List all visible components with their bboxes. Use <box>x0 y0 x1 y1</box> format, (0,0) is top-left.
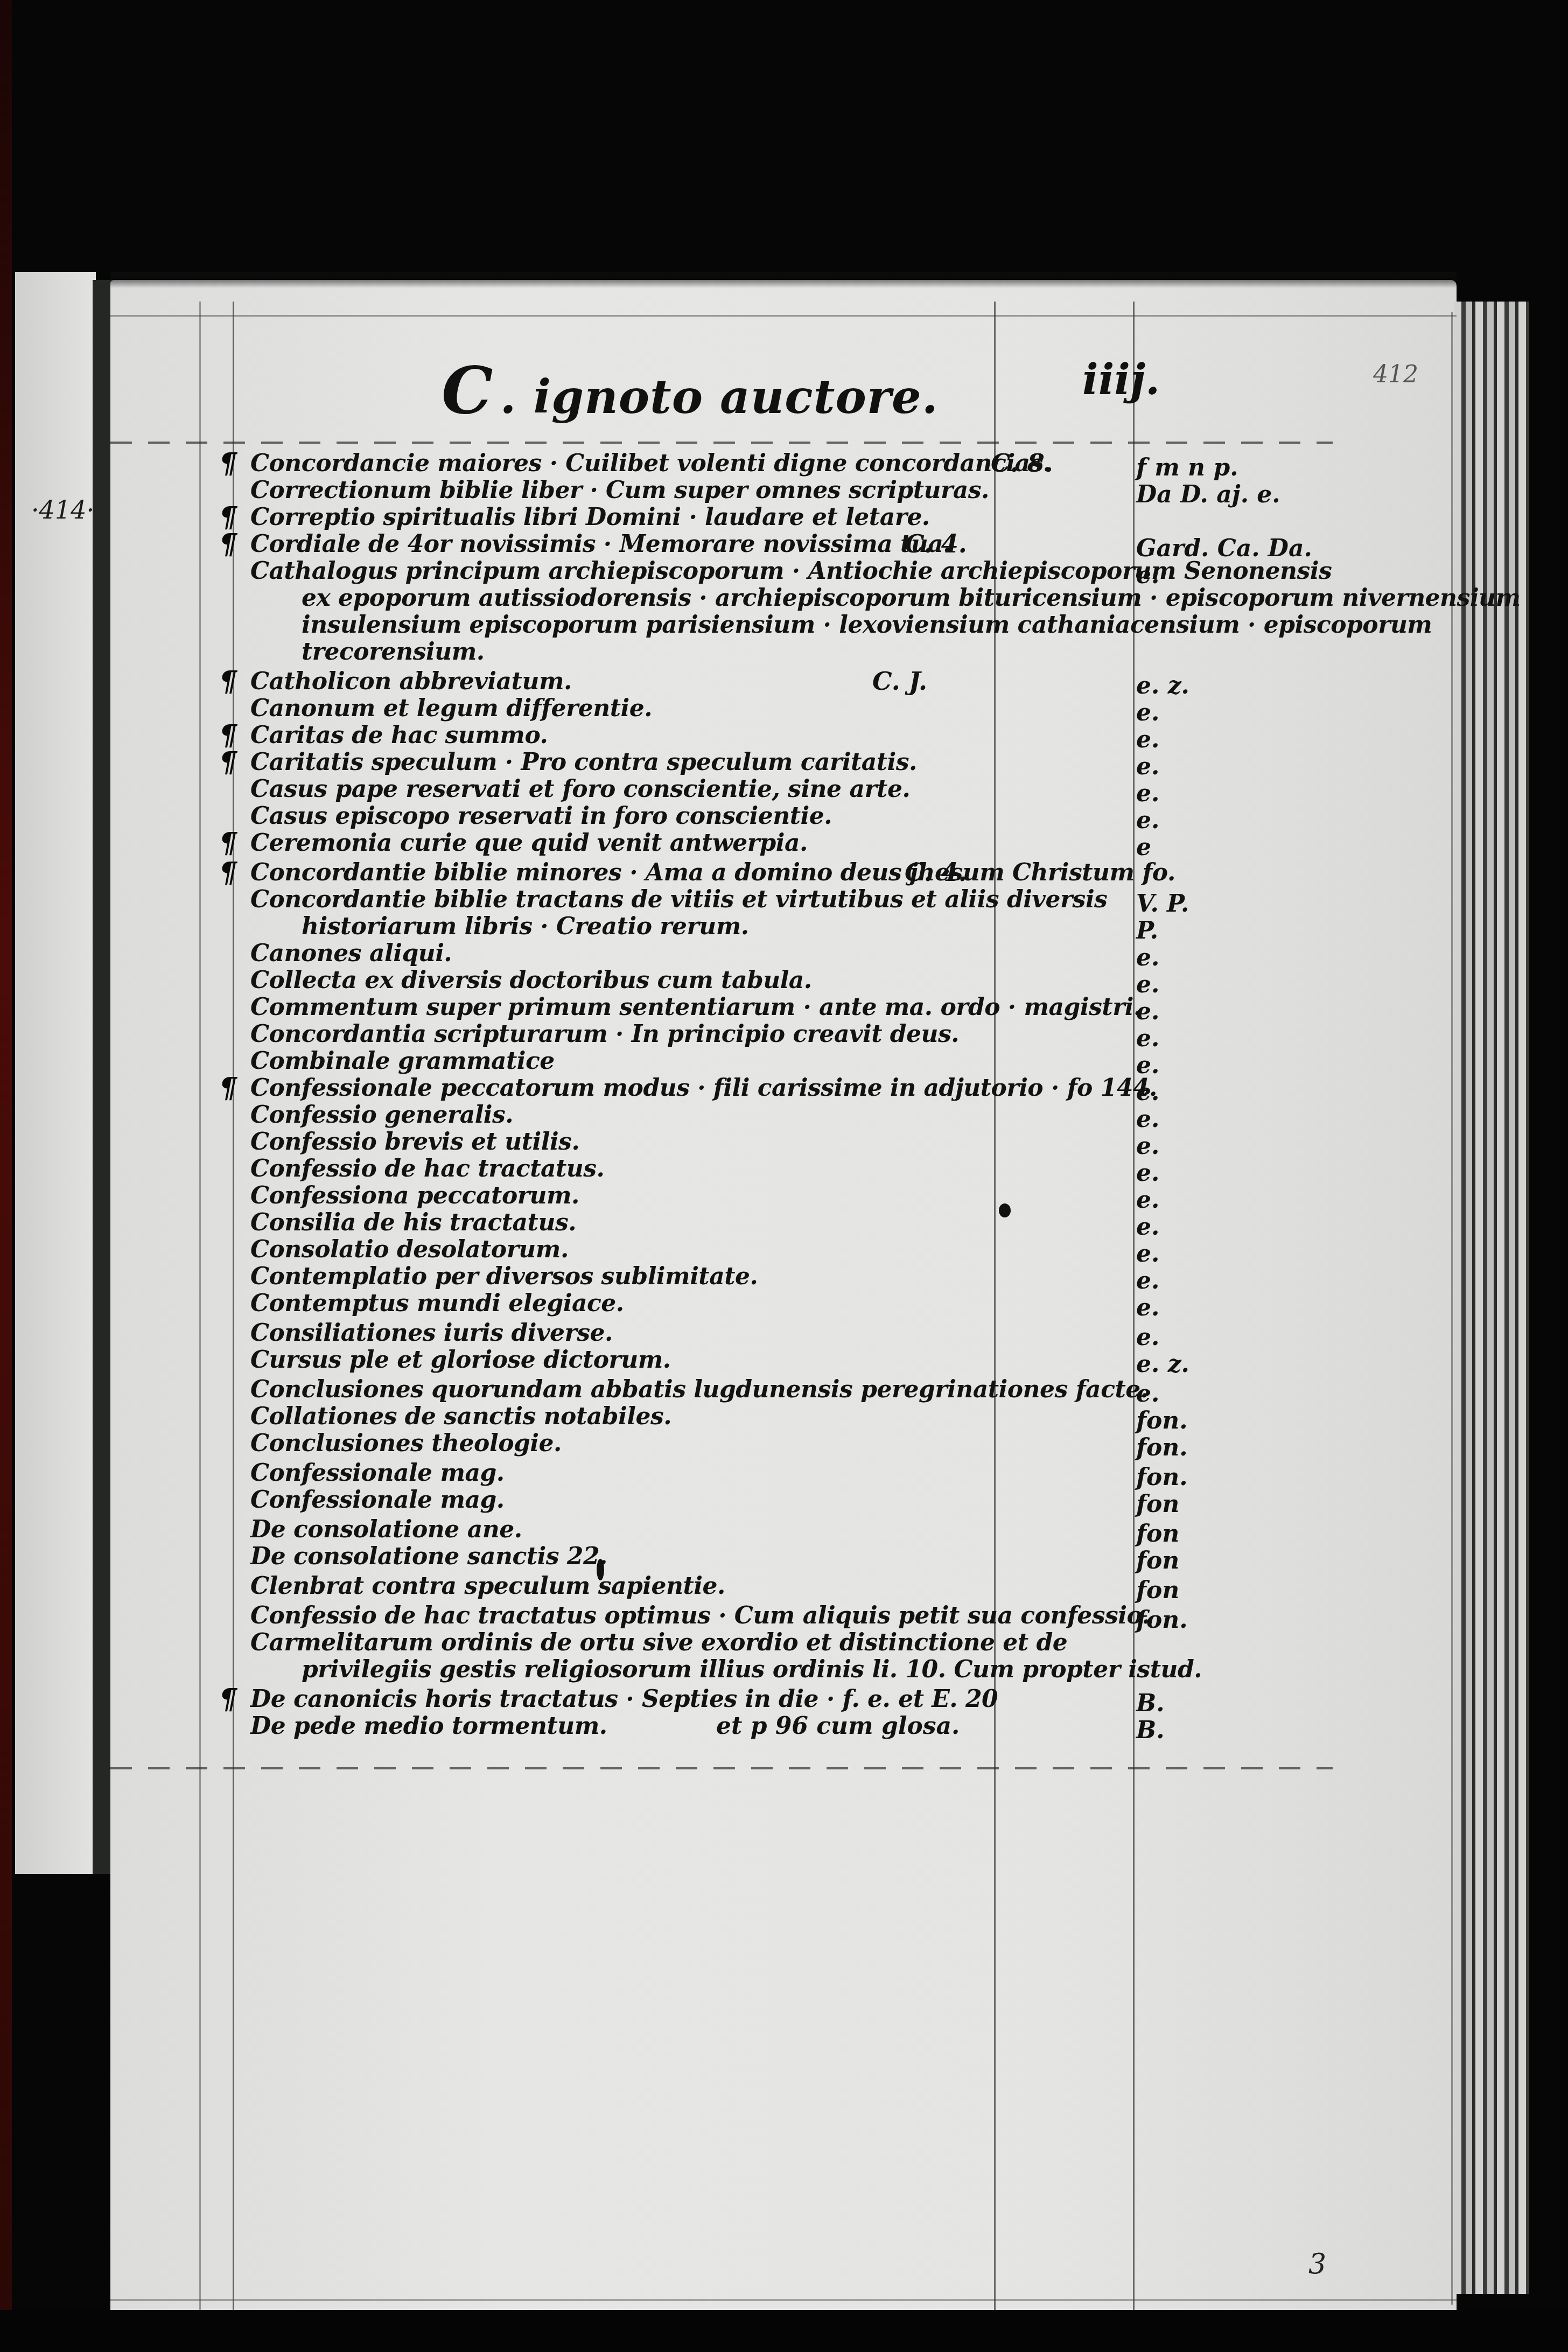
left-page-edge: ·414· <box>15 272 96 1874</box>
entry-title: Correctionum biblie liber · Cum super om… <box>250 477 989 504</box>
entry-title: trecorensium. <box>302 638 485 666</box>
column-heading: iiij. <box>1082 355 1160 404</box>
paragraph-mark-icon: ¶ <box>219 1685 237 1713</box>
catalogue-entry: historiarum libris · Creatio rerum. <box>302 913 749 941</box>
catalogue-entry: Concordantie biblie tractans de vitiis e… <box>250 886 1107 914</box>
heading-text: . ignoto auctore. <box>500 370 939 424</box>
entry-title: De consolatione sanctis 22. <box>250 1543 607 1570</box>
catalogue-entry: Confessionale mag. <box>250 1459 505 1487</box>
entry-reference: C. 4. <box>905 858 967 887</box>
catalogue-entry: ¶Ceremonia curie que quid venit antwerpi… <box>250 829 808 857</box>
ink-mark <box>999 1203 1011 1217</box>
book-gutter <box>93 280 112 1874</box>
entry-title: Caritatis speculum · Pro contra speculum… <box>250 748 917 776</box>
shelfmark: V. P. <box>1136 890 1189 918</box>
entry-title: Consolatio desolatorum. <box>250 1236 569 1263</box>
paragraph-mark-icon: ¶ <box>219 1074 237 1102</box>
paragraph-mark-icon: ¶ <box>219 450 237 478</box>
entry-title: Concordantia scripturarum · In principio… <box>250 1020 959 1048</box>
heading-initial: C <box>442 353 494 429</box>
entry-title: Clenbrat contra speculum sapientie. <box>250 1572 725 1600</box>
entry-title: Collationes de sanctis notabiles. <box>250 1403 671 1430</box>
entry-title: Cathalogus principum archiepiscoporum · … <box>250 557 1332 585</box>
entry-title: privilegiis gestis religiosorum illius o… <box>302 1656 1202 1683</box>
ink-blot <box>597 1559 604 1580</box>
shelfmark: e. <box>1136 1186 1159 1214</box>
entry-title: Confessio brevis et utilis. <box>250 1128 579 1156</box>
shelfmark: e. z. <box>1136 672 1189 699</box>
paragraph-mark-icon: ¶ <box>219 748 237 776</box>
entry-title: Concordancie maiores · Cuilibet volenti … <box>250 450 1051 477</box>
shelfmark: e <box>1136 834 1151 861</box>
shelfmark: e. <box>1136 944 1159 971</box>
entry-title: Confessionale mag. <box>250 1486 505 1514</box>
shelfmark: e. <box>1136 1213 1159 1241</box>
shelfmark: e. <box>1136 780 1159 807</box>
ruling-top <box>110 315 1457 317</box>
catalogue-entry: ¶Catholicon abbreviatum. <box>250 668 572 696</box>
catalogue-entry: Casus episcopo reservati in foro conscie… <box>250 802 832 830</box>
entry-title: Concordantie biblie tractans de vitiis e… <box>250 886 1107 913</box>
shelfmark: fon <box>1136 1547 1179 1574</box>
shelfmark: fon <box>1136 1577 1179 1604</box>
bottom-background <box>0 2310 1568 2352</box>
entry-annotation: et p 96 cum glosa. <box>716 1712 960 1740</box>
entry-title: Contemptus mundi elegiace. <box>250 1290 624 1317</box>
catalogue-entry: Confessio brevis et utilis. <box>250 1128 579 1156</box>
catalogue-entry: Consilia de his tractatus. <box>250 1209 576 1237</box>
shelfmark: Da D. aj. e. <box>1136 481 1280 508</box>
entry-title: ex epoporum autissiodorensis · archiepis… <box>302 584 1521 612</box>
entry-title: Correptio spiritualis libri Domini · lau… <box>250 503 930 531</box>
catalogue-entry: Correctionum biblie liber · Cum super om… <box>250 477 989 505</box>
catalogue-entry: Contemplatio per diversos sublimitate. <box>250 1263 758 1291</box>
entry-title: Concordantie biblie minores · Ama a domi… <box>250 859 1175 886</box>
shelfmark: fon. <box>1136 1407 1188 1434</box>
catalogue-entry: Commentum super primum sententiarum · an… <box>250 993 1142 1021</box>
page-footer-mark: 3 <box>1308 2248 1326 2280</box>
entry-title: Consiliationes iuris diverse. <box>250 1319 613 1347</box>
entry-title: historiarum libris · Creatio rerum. <box>302 913 749 940</box>
shelfmark: e. <box>1136 1267 1159 1294</box>
entry-title: Cursus ple et gloriose dictorum. <box>250 1346 671 1374</box>
folio-number: 412 <box>1373 361 1418 388</box>
shelfmark: e. <box>1136 1159 1159 1187</box>
shelfmark: e. <box>1136 1294 1159 1321</box>
catalogue-entry: ¶De canonicis horis tractatus · Septies … <box>250 1685 998 1713</box>
entry-title: De pede medio tormentum. <box>250 1712 607 1740</box>
entry-title: Collecta ex diversis doctoribus cum tabu… <box>250 967 812 994</box>
left-margin-note: ·414· <box>31 495 94 524</box>
film-edge <box>0 0 12 2352</box>
shelfmark: e. <box>1136 753 1159 780</box>
entry-title: Conclusiones theologie. <box>250 1430 562 1457</box>
catalogue-entry: trecorensium. <box>302 638 485 666</box>
shelfmark: B. <box>1136 1717 1165 1744</box>
ruling-left-margin-outer <box>199 302 201 2310</box>
shelfmark: e. <box>1136 1025 1159 1052</box>
catalogue-entry: Combinale grammatice <box>250 1047 555 1075</box>
ruling-bottom <box>110 2299 1457 2301</box>
catalogue-entry: Collationes de sanctis notabiles. <box>250 1403 671 1431</box>
paragraph-mark-icon: ¶ <box>219 530 237 558</box>
page-heading: C. ignoto auctore. <box>442 353 939 429</box>
shelfmark: e. <box>1136 726 1159 753</box>
catalogue-entry: insulensium episcoporum parisiensium · l… <box>302 611 1432 639</box>
catalogue-entry: Canones aliqui. <box>250 940 452 968</box>
entry-title: Confessio generalis. <box>250 1101 513 1129</box>
catalogue-entry: Concordantia scripturarum · In principio… <box>250 1020 959 1048</box>
ruling-left-margin <box>233 302 234 2310</box>
entry-title: Carmelitarum ordinis de ortu sive exordi… <box>250 1629 1067 1656</box>
catalogue-entry: ¶Correptio spiritualis libri Domini · la… <box>250 503 930 531</box>
catalogue-entry: privilegiis gestis religiosorum illius o… <box>302 1656 1202 1684</box>
catalogue-entry: Confessio de hac tractatus. <box>250 1155 604 1183</box>
entry-title: Consilia de his tractatus. <box>250 1209 576 1236</box>
shelfmark: fon. <box>1136 1606 1188 1634</box>
shelfmark: fon. <box>1136 1434 1188 1461</box>
catalogue-entry: Confessiona peccatorum. <box>250 1182 579 1210</box>
catalogue-entry: Confessio generalis. <box>250 1101 513 1129</box>
paragraph-mark-icon: ¶ <box>219 859 237 887</box>
catalogue-entry: Confessio de hac tractatus optimus · Cum… <box>250 1602 1150 1630</box>
catalogue-entry: Contemptus mundi elegiace. <box>250 1290 624 1318</box>
entry-reference: C. 4. <box>905 529 967 558</box>
catalogue-entry: Cursus ple et gloriose dictorum. <box>250 1346 671 1374</box>
shelfmark: f m n p. <box>1136 454 1238 481</box>
ruling-bottom-entries <box>110 1767 1333 1769</box>
shelfmark: e. <box>1136 1380 1159 1408</box>
shelfmark: e. <box>1136 998 1159 1025</box>
paragraph-mark-icon: ¶ <box>219 668 237 696</box>
ruling-first-entry <box>110 442 1333 444</box>
catalogue-entry: ex epoporum autissiodorensis · archiepis… <box>302 584 1521 612</box>
catalogue-entry: Collecta ex diversis doctoribus cum tabu… <box>250 967 812 995</box>
shelfmark: e. z. <box>1136 1350 1189 1378</box>
entry-title: Confessionale mag. <box>250 1459 505 1487</box>
catalogue-entry: De consolatione sanctis 22. <box>250 1543 607 1571</box>
entry-reference: C. 8. <box>991 449 1053 478</box>
shelfmark: e. <box>1136 807 1159 834</box>
catalogue-entry: Carmelitarum ordinis de ortu sive exordi… <box>250 1629 1067 1657</box>
entry-title: Casus pape reservati et foro conscientie… <box>250 775 910 803</box>
catalogue-entry: Conclusiones quorundam abbatis lugdunens… <box>250 1376 1149 1404</box>
catalogue-entry: Confessionale mag. <box>250 1486 505 1514</box>
shelfmark: fon <box>1136 1520 1179 1548</box>
shelfmark: e. <box>1136 1132 1159 1160</box>
catalogue-entry: ¶Caritatis speculum · Pro contra speculu… <box>250 748 917 776</box>
entry-title: Confessionale peccatorum modus · fili ca… <box>250 1074 1157 1102</box>
catalogue-entry: Clenbrat contra speculum sapientie. <box>250 1572 725 1600</box>
shelfmark: e. <box>1136 1324 1159 1351</box>
catalogue-entry: ¶Caritas de hac summo. <box>250 722 548 750</box>
catalogue-entry: Casus pape reservati et foro conscientie… <box>250 775 910 803</box>
shelfmark: fon. <box>1136 1464 1188 1491</box>
catalogue-entry: Conclusiones theologie. <box>250 1430 562 1458</box>
entry-title: Contemplatio per diversos sublimitate. <box>250 1263 758 1290</box>
entry-title: Catholicon abbreviatum. <box>250 668 572 695</box>
entry-title: Cordiale de 4or novissimis · Memorare no… <box>250 530 951 558</box>
catalogue-entry: ¶Concordantie biblie minores · Ama a dom… <box>250 859 1175 887</box>
entry-title: Confessio de hac tractatus optimus · Cum… <box>250 1602 1150 1629</box>
shelfmark: P. <box>1136 917 1158 944</box>
entry-title: Canonum et legum differentie. <box>250 695 652 722</box>
entry-title: De consolatione ane. <box>250 1516 522 1543</box>
entry-title: Confessio de hac tractatus. <box>250 1155 604 1182</box>
catalogue-entry: Canonum et legum differentie. <box>250 695 652 723</box>
catalogue-entry: ¶Cordiale de 4or novissimis · Memorare n… <box>250 530 951 558</box>
entry-title: Casus episcopo reservati in foro conscie… <box>250 802 832 830</box>
paragraph-mark-icon: ¶ <box>219 829 237 857</box>
entry-title: Canones aliqui. <box>250 940 452 967</box>
catalogue-entry: De pede medio tormentum. <box>250 1712 607 1740</box>
entry-title: Commentum super primum sententiarum · an… <box>250 993 1142 1021</box>
entry-title: Conclusiones quorundam abbatis lugdunens… <box>250 1376 1149 1403</box>
shelfmark: e. <box>1136 1105 1159 1133</box>
catalogue-entry: Consiliationes iuris diverse. <box>250 1319 613 1347</box>
shelfmark: B. <box>1136 1690 1165 1717</box>
shelfmark: e. <box>1136 1079 1159 1106</box>
entry-title: De canonicis horis tractatus · Septies i… <box>250 1685 998 1713</box>
entry-title: Caritas de hac summo. <box>250 722 548 749</box>
entry-title: Ceremonia curie que quid venit antwerpia… <box>250 829 808 857</box>
shelfmark: e. <box>1136 1240 1159 1268</box>
entry-title: Confessiona peccatorum. <box>250 1182 579 1209</box>
entry-reference: C. J. <box>872 667 927 696</box>
shelfmark: fon <box>1136 1490 1179 1518</box>
catalogue-entry: Cathalogus principum archiepiscoporum · … <box>250 557 1332 585</box>
entry-title: Combinale grammatice <box>250 1047 555 1075</box>
page-top-shadow <box>110 272 1457 288</box>
catalogue-entry: ¶Concordancie maiores · Cuilibet volenti… <box>250 450 1051 478</box>
catalogue-entry: De consolatione ane. <box>250 1516 522 1544</box>
shelfmark: e. <box>1136 699 1159 726</box>
entry-title: insulensium episcoporum parisiensium · l… <box>302 611 1432 639</box>
catalogue-entry: ¶Confessionale peccatorum modus · fili c… <box>250 1074 1157 1102</box>
catalogue-entry: Consolatio desolatorum. <box>250 1236 569 1264</box>
